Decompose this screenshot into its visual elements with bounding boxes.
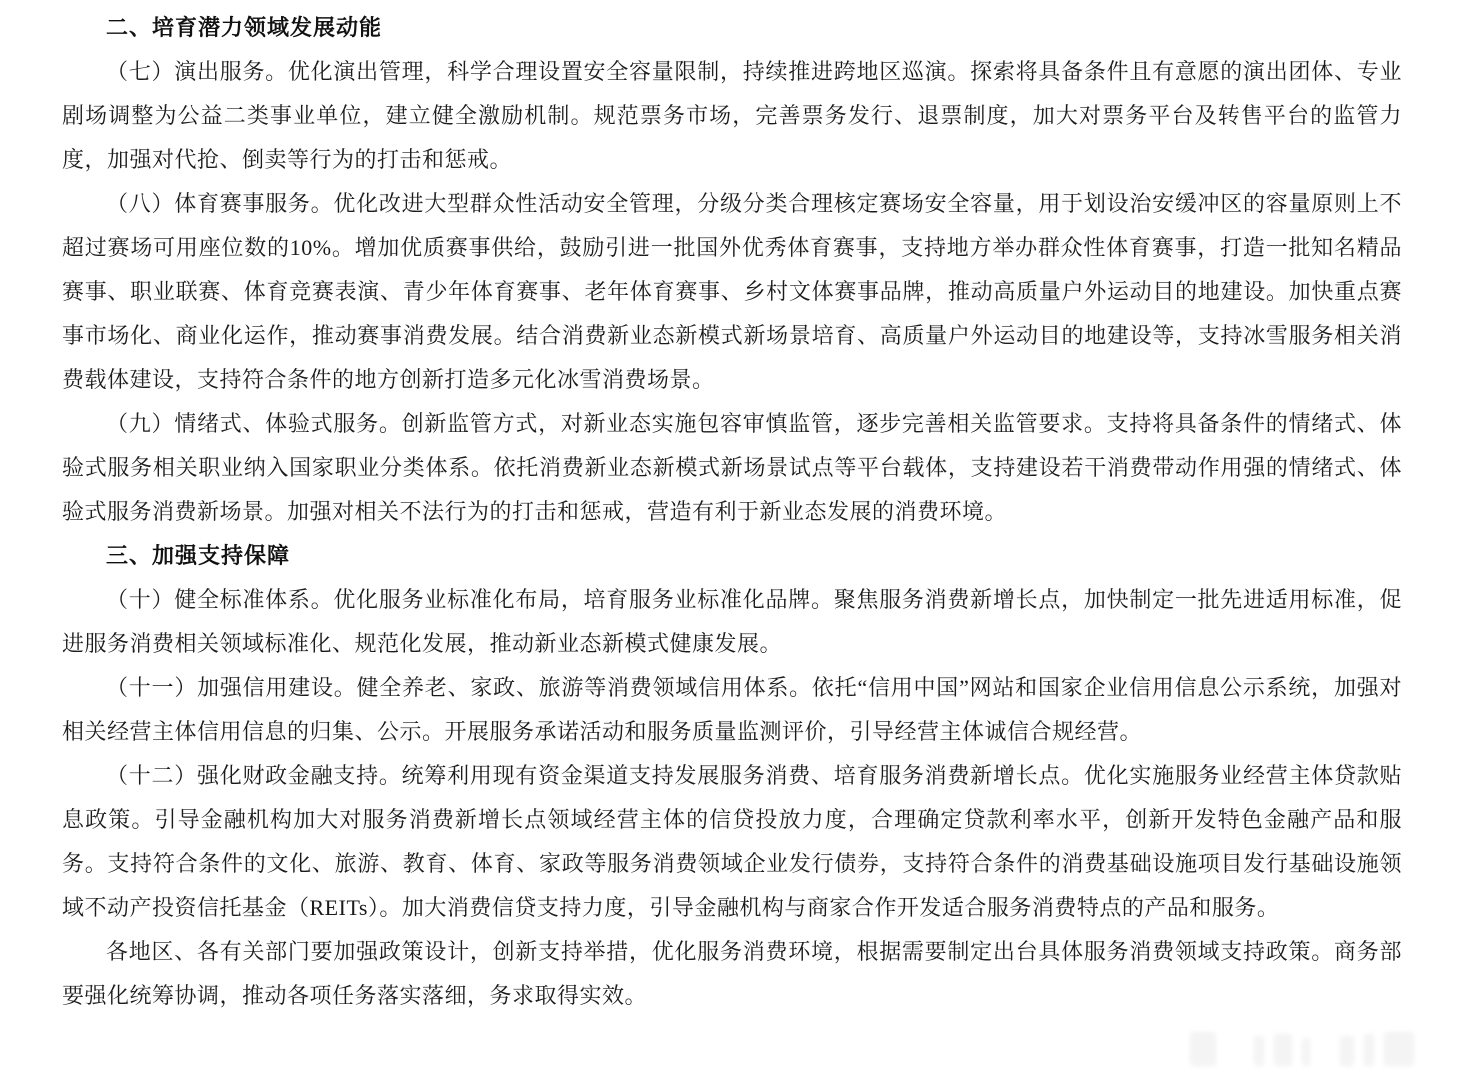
section-heading-2: 二、培育潜力领域发展动能 (62, 6, 1402, 50)
paragraph-item-12: （十二）强化财政金融支持。统筹利用现有资金渠道支持发展服务消费、培育服务消费新增… (62, 754, 1402, 930)
paragraph-closing: 各地区、各有关部门要加强政策设计，创新支持举措，优化服务消费环境，根据需要制定出… (62, 930, 1402, 1018)
paragraph-item-9: （九）情绪式、体验式服务。创新监管方式，对新业态实施包容审慎监管，逐步完善相关监… (62, 402, 1402, 534)
watermark-mark (1274, 1034, 1292, 1066)
document-body: 二、培育潜力领域发展动能 （七）演出服务。优化演出管理，科学合理设置安全容量限制… (62, 6, 1402, 1018)
watermark-mark (1190, 1032, 1216, 1066)
watermark-mark (1340, 1036, 1354, 1066)
watermark (1190, 1022, 1440, 1066)
paragraph-item-8: （八）体育赛事服务。优化改进大型群众性活动安全管理，分级分类合理核定赛场安全容量… (62, 182, 1402, 402)
paragraph-item-7: （七）演出服务。优化演出管理，科学合理设置安全容量限制，持续推进跨地区巡演。探索… (62, 50, 1402, 182)
paragraph-item-10: （十）健全标准体系。优化服务业标准化布局，培育服务业标准化品牌。聚焦服务消费新增… (62, 578, 1402, 666)
paragraph-item-11: （十一）加强信用建设。健全养老、家政、旅游等消费领域信用体系。依托“信用中国”网… (62, 666, 1402, 754)
watermark-mark (1364, 1034, 1374, 1066)
watermark-mark (1384, 1032, 1414, 1066)
watermark-mark (1254, 1036, 1264, 1066)
section-heading-3: 三、加强支持保障 (62, 534, 1402, 578)
watermark-mark (1302, 1038, 1310, 1066)
